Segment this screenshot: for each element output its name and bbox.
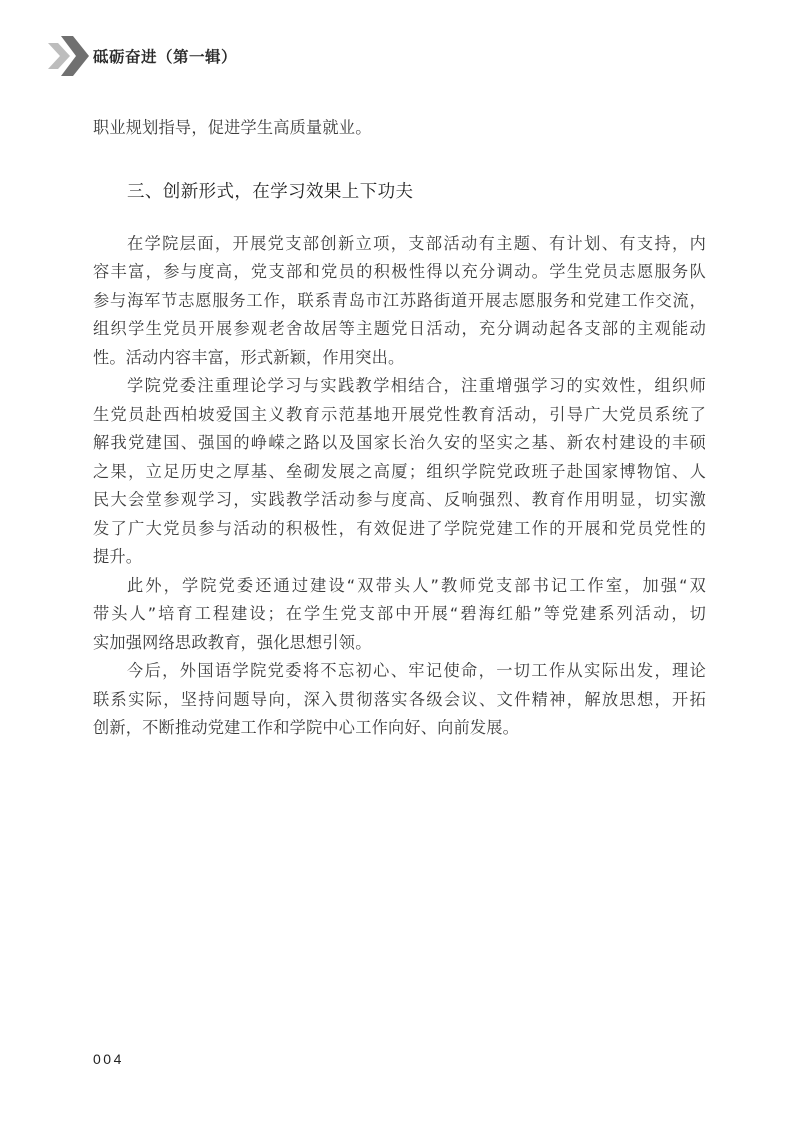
text-line: 容丰富，参与度高，党支部和党员的积极性得以充分调动。学生党员志愿服务队	[93, 258, 706, 287]
text-line: 此外，学院党委还通过建设“双带头人”教师党支部书记工作室，加强“双	[93, 572, 706, 601]
text-line: 今后，外国语学院党委将不忘初心、牢记使命，一切工作从实际出发，理论	[93, 657, 706, 686]
text-line: 带头人”培育工程建设；在学生党支部中开展“碧海红船”等党建系列活动，切	[93, 600, 706, 629]
paragraph-3: 此外，学院党委还通过建设“双带头人”教师党支部书记工作室，加强“双 带头人”培育…	[93, 572, 706, 658]
paragraph-4: 今后，外国语学院党委将不忘初心、牢记使命，一切工作从实际出发，理论 联系实际，坚…	[93, 657, 706, 743]
book-title: 砥砺奋进（第一辑）	[93, 45, 237, 67]
running-header: 砥砺奋进（第一辑）	[47, 35, 237, 77]
text-line: 发了广大党员参与活动的积极性，有效促进了学院党建工作的开展和党员党性的	[93, 515, 706, 544]
text-line: 生党员赴西柏坡爱国主义教育示范基地开展党性教育活动，引导广大党员系统了	[93, 401, 706, 430]
text-line: 实加强网络思政教育，强化思想引领。	[93, 629, 706, 658]
text-line: 性。活动内容丰富，形式新颖，作用突出。	[93, 344, 706, 373]
page-number: 004	[93, 1051, 124, 1067]
section-heading: 三、创新形式，在学习效果上下功夫	[93, 177, 706, 207]
paragraph-2: 学院党委注重理论学习与实践教学相结合，注重增强学习的实效性，组织师 生党员赴西柏…	[93, 372, 706, 572]
text-line: 创新，不断推动党建工作和学院中心工作向好、向前发展。	[93, 714, 706, 743]
text-line: 之果，立足历史之厚基、垒砌发展之高厦；组织学院党政班子赴国家博物馆、人	[93, 458, 706, 487]
paragraph-1: 在学院层面，开展党支部创新立项，支部活动有主题、有计划、有支持，内 容丰富，参与…	[93, 230, 706, 373]
text-line: 提升。	[93, 543, 706, 572]
text-line: 联系实际，坚持问题导向，深入贯彻落实各级会议、文件精神，解放思想，开拓	[93, 686, 706, 715]
text-line: 组织学生党员开展参观老舍故居等主题党日活动，充分调动起各支部的主观能动	[93, 315, 706, 344]
double-chevron-icon	[47, 35, 91, 77]
text-line: 职业规划指导，促进学生高质量就业。	[93, 114, 706, 143]
page-body: 职业规划指导，促进学生高质量就业。 三、创新形式，在学习效果上下功夫 在学院层面…	[93, 114, 706, 743]
text-line: 民大会堂参观学习，实践教学活动参与度高、反响强烈、教育作用明显，切实激	[93, 486, 706, 515]
text-line: 解我党建国、强国的峥嵘之路以及国家长治久安的坚实之基、新农村建设的丰硕	[93, 429, 706, 458]
text-line: 学院党委注重理论学习与实践教学相结合，注重增强学习的实效性，组织师	[93, 372, 706, 401]
text-line: 参与海军节志愿服务工作，联系青岛市江苏路街道开展志愿服务和党建工作交流，	[93, 287, 706, 316]
text-line: 在学院层面，开展党支部创新立项，支部活动有主题、有计划、有支持，内	[93, 230, 706, 259]
carryover-paragraph: 职业规划指导，促进学生高质量就业。	[93, 114, 706, 143]
